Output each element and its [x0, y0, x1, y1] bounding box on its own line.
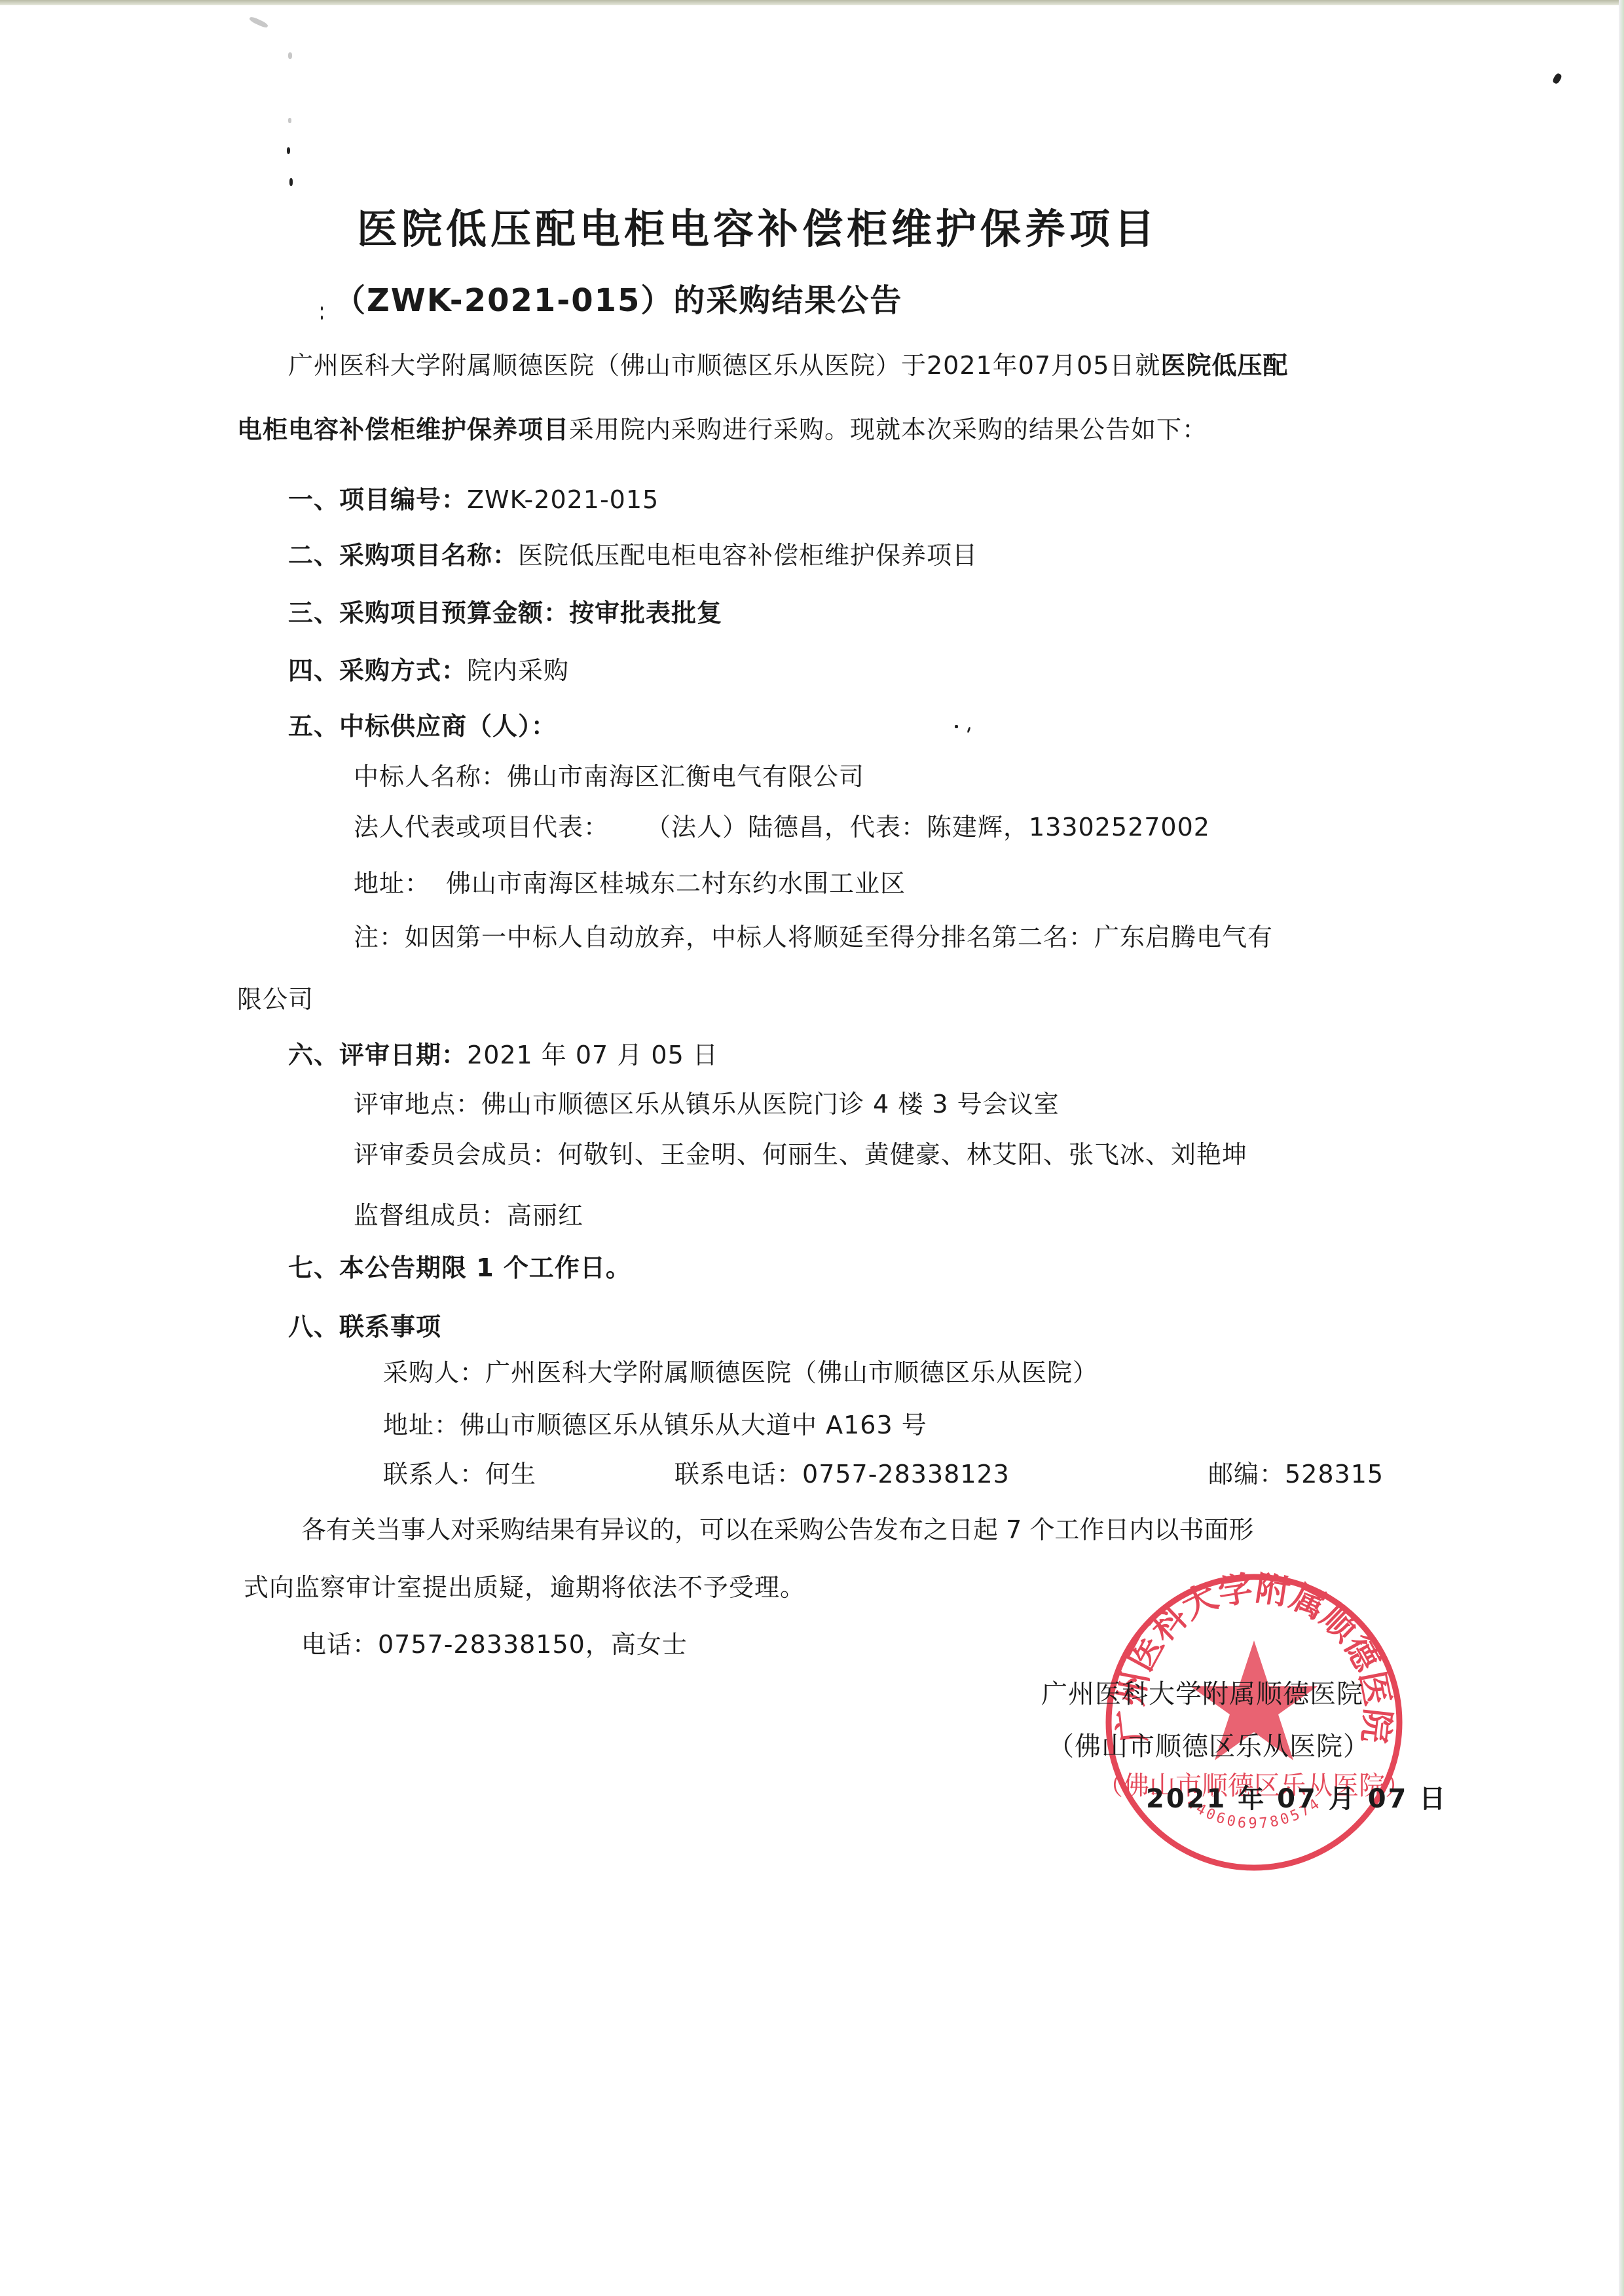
intro-project-name-part2: 电柜电容补偿柜维护保养项目	[237, 415, 569, 444]
scan-speck	[289, 178, 293, 186]
intro-line-2: 电柜电容补偿柜维护保养项目采用院内采购进行采购。现就本次采购的结果公告如下：	[237, 409, 1208, 445]
scan-speck	[1552, 73, 1563, 85]
scan-edge-top	[0, 0, 1624, 5]
contact-person-label: 联系人：	[383, 1460, 485, 1489]
intro-prefix: 广州医科大学附属顺德医院（佛山市顺德区乐从医院）于2021年07月05日就	[288, 351, 1160, 380]
review-date-label: 六、评审日期：	[288, 1041, 467, 1069]
scan-speck	[321, 316, 323, 320]
signature-org-line-2: （佛山市顺德区乐从医院）	[1048, 1726, 1370, 1763]
review-place-value: 佛山市顺德区乐从镇乐从医院门诊 4 楼 3 号会议室	[481, 1090, 1060, 1119]
scan-speck	[288, 52, 292, 59]
svg-text:广州医科大学附属顺德医院: 广州医科大学附属顺德医院	[1111, 1569, 1397, 1745]
scan-speck	[288, 118, 291, 123]
contact-address: 地址：佛山市顺德区乐从镇乐从大道中 A163 号	[383, 1405, 927, 1441]
item-value: ZWK-2021-015	[467, 485, 659, 514]
contact-address-label: 地址：	[383, 1411, 460, 1439]
scan-edge-right	[1619, 0, 1624, 2296]
contact-person: 联系人：何生	[383, 1454, 536, 1490]
winner-note-line-2: 限公司	[237, 979, 314, 1015]
document-subtitle: （ZWK-2021-015）的采购结果公告	[334, 275, 902, 320]
item-label: 四、采购方式：	[288, 656, 467, 685]
document-title: 医院低压配电柜电容补偿柜维护保养项目	[357, 196, 1158, 255]
item-winning-supplier: 五、中标供应商（人）：	[288, 706, 557, 742]
objection-line-2: 式向监察审计室提出质疑，逾期将依法不予受理。	[244, 1567, 805, 1603]
contact-phone-label: 联系电话：	[674, 1460, 802, 1489]
contact-postcode-label: 邮编：	[1208, 1460, 1285, 1489]
scan-speck	[249, 16, 269, 29]
intro-project-name-part1: 医院低压配	[1160, 351, 1288, 380]
contact-address-value: 佛山市顺德区乐从镇乐从大道中 A163 号	[460, 1411, 927, 1439]
contact-buyer: 采购人：广州医科大学附属顺德医院（佛山市顺德区乐从医院）	[383, 1352, 1098, 1388]
scan-speck	[955, 725, 958, 728]
winner-address-value: 佛山市南海区桂城东二村东约水围工业区	[446, 869, 906, 898]
winner-address: 地址：佛山市南海区桂城东二村东约水围工业区	[354, 863, 906, 899]
review-committee: 评审委员会成员：何敬钊、王金明、何丽生、黄健豪、林艾阳、张飞冰、刘艳坤	[354, 1134, 1247, 1170]
item-project-name: 二、采购项目名称：医院低压配电柜电容补偿柜维护保养项目	[288, 535, 978, 571]
item-label: 五、中标供应商（人）：	[288, 712, 557, 741]
review-committee-value: 何敬钊、王金明、何丽生、黄健豪、林艾阳、张飞冰、刘艳坤	[558, 1140, 1247, 1169]
contact-buyer-label: 采购人：	[383, 1358, 485, 1387]
intro-suffix: 采用院内采购进行采购。现就本次采购的结果公告如下：	[569, 415, 1208, 444]
winner-representative: 法人代表或项目代表：（法人）陆德昌，代表：陈建辉，13302527002	[354, 807, 1210, 843]
winner-name-value: 佛山市南海区汇衡电气有限公司	[507, 762, 864, 791]
scan-speck	[967, 727, 971, 733]
item-label: 一、项目编号：	[288, 485, 467, 514]
item-label: 三、采购项目预算金额：	[288, 599, 569, 627]
scan-speck	[287, 147, 290, 154]
contact-phone-value: 0757-28338123	[802, 1460, 1010, 1489]
winner-rep-label: 法人代表或项目代表：	[354, 813, 609, 842]
objection-phone: 电话：0757-28338150，高女士	[301, 1624, 688, 1660]
signature-date: 2021 年 07 月 07 日	[1146, 1778, 1447, 1815]
review-date: 六、评审日期：2021 年 07 月 05 日	[288, 1035, 718, 1071]
review-supervisor: 监督组成员：高丽红	[354, 1195, 583, 1231]
review-date-value: 2021 年 07 月 05 日	[467, 1041, 718, 1069]
intro-line-1: 广州医科大学附属顺德医院（佛山市顺德区乐从医院）于2021年07月05日就医院低…	[288, 345, 1288, 381]
contact-postcode-value: 528315	[1285, 1460, 1384, 1489]
objection-line-1: 各有关当事人对采购结果有异议的，可以在采购公告发布之日起 7 个工作日内以书面形	[301, 1509, 1253, 1546]
announcement-period: 七、本公告期限 1 个工作日。	[288, 1248, 631, 1284]
contact-person-value: 何生	[485, 1460, 536, 1489]
contact-postcode: 邮编：528315	[1208, 1454, 1384, 1490]
winner-name-label: 中标人名称：	[354, 762, 507, 791]
item-label: 二、采购项目名称：	[288, 541, 518, 570]
winner-address-label: 地址：	[354, 869, 430, 898]
item-value: 院内采购	[467, 656, 569, 685]
item-method: 四、采购方式：院内采购	[288, 650, 569, 686]
item-project-number: 一、项目编号：ZWK-2021-015	[288, 479, 659, 515]
official-seal-stamp: 广州医科大学附属顺德医院 （佛山市顺德区乐从医院） 4406069780574	[1100, 1568, 1408, 1876]
review-supervisor-label: 监督组成员：	[354, 1201, 507, 1230]
item-budget: 三、采购项目预算金额：按审批表批复	[288, 593, 722, 629]
review-place-label: 评审地点：	[354, 1090, 481, 1119]
signature-org-line-1: 广州医科大学附属顺德医院	[1041, 1673, 1363, 1711]
contact-heading: 八、联系事项	[288, 1306, 441, 1342]
contact-buyer-value: 广州医科大学附属顺德医院（佛山市顺德区乐从医院）	[485, 1358, 1098, 1387]
contact-phone: 联系电话：0757-28338123	[674, 1454, 1010, 1490]
review-committee-label: 评审委员会成员：	[354, 1140, 558, 1169]
item-value: 医院低压配电柜电容补偿柜维护保养项目	[518, 541, 978, 570]
winner-note-line-1: 注：如因第一中标人自动放弃，中标人将顺延至得分排名第二名：广东启腾电气有	[354, 917, 1273, 953]
review-place: 评审地点：佛山市顺德区乐从镇乐从医院门诊 4 楼 3 号会议室	[354, 1084, 1060, 1120]
winner-rep-value: （法人）陆德昌，代表：陈建辉，13302527002	[646, 813, 1210, 842]
review-supervisor-value: 高丽红	[507, 1201, 583, 1230]
scan-speck	[321, 306, 323, 310]
winner-name: 中标人名称：佛山市南海区汇衡电气有限公司	[354, 756, 864, 792]
item-value: 按审批表批复	[569, 599, 722, 627]
